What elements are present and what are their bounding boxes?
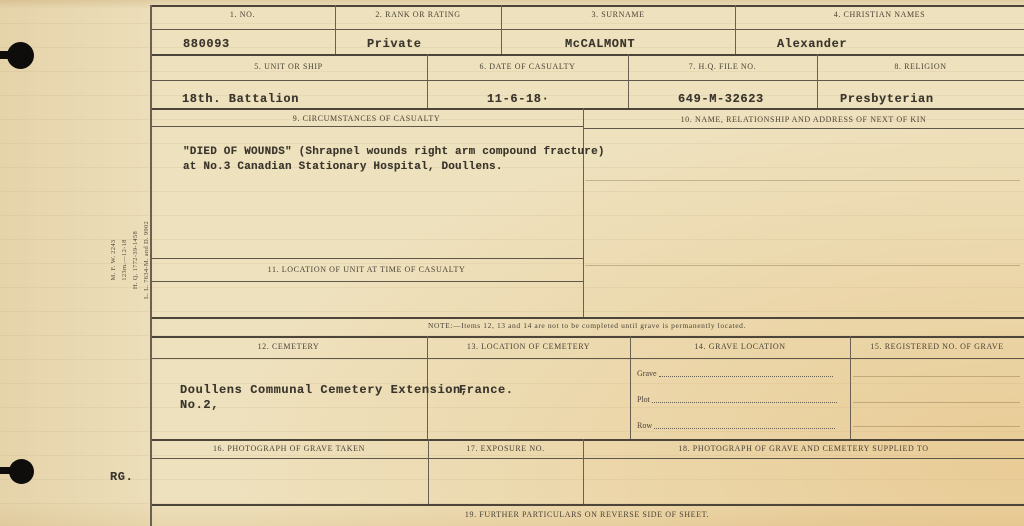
field-surname-label: 3. SURNAME bbox=[501, 10, 735, 19]
ledger-line bbox=[585, 265, 1020, 266]
field-date-of-casualty-value: 11-6-18· bbox=[487, 92, 549, 106]
field-date-of-casualty-label: 6. DATE OF CASUALTY bbox=[427, 62, 628, 71]
grave-location-row-row: Row bbox=[637, 421, 835, 430]
grid-line bbox=[150, 336, 1024, 338]
grid-line bbox=[150, 317, 1024, 319]
field-cemetery-location-value: France. bbox=[459, 383, 514, 397]
grid-line bbox=[150, 5, 1024, 7]
field-christian-names-value: Alexander bbox=[777, 37, 847, 51]
hole-punch-top bbox=[7, 42, 34, 69]
field-no-label: 1. NO. bbox=[150, 10, 335, 19]
field-unit-location-label: 11. LOCATION OF UNIT AT TIME OF CASUALTY bbox=[150, 265, 583, 274]
stamp-line: M. F. W. 2243 bbox=[108, 221, 119, 299]
grave-location-grave-row: Grave bbox=[637, 369, 833, 378]
field-photo-taken-label: 16. PHOTOGRAPH OF GRAVE TAKEN bbox=[150, 444, 428, 453]
field-circumstances-value-line2: at No.3 Canadian Stationary Hospital, Do… bbox=[183, 161, 503, 173]
grid-line bbox=[150, 29, 1024, 30]
grid-line bbox=[150, 504, 1024, 506]
hole-punch-bottom bbox=[9, 459, 34, 484]
dotted-leader bbox=[659, 375, 833, 377]
field-registered-no-label: 15. REGISTERED NO. OF GRAVE bbox=[850, 342, 1024, 351]
grid-line bbox=[583, 108, 584, 317]
plot-label: Plot bbox=[637, 395, 650, 404]
ledger-line bbox=[853, 426, 1020, 427]
field-circumstances-value-line1: "DIED OF WOUNDS" (Shrapnel wounds right … bbox=[183, 146, 605, 158]
grid-line bbox=[150, 258, 583, 259]
grid-line bbox=[150, 281, 583, 282]
field-next-of-kin-label: 10. NAME, RELATIONSHIP AND ADDRESS OF NE… bbox=[583, 115, 1024, 124]
field-further-particulars-label: 19. FURTHER PARTICULARS ON REVERSE SIDE … bbox=[150, 510, 1024, 519]
stamp-line: 123m.—12-18 bbox=[119, 221, 130, 299]
field-surname-value: McCALMONT bbox=[565, 37, 635, 51]
field-hq-file-no-value: 649-M-32623 bbox=[678, 92, 764, 106]
field-no-value: 880093 bbox=[183, 37, 230, 51]
field-cemetery-value-line2: No.2, bbox=[180, 398, 219, 412]
grid-line bbox=[630, 336, 631, 439]
grid-line bbox=[150, 108, 1024, 110]
ledger-line bbox=[853, 402, 1020, 403]
field-cemetery-label: 12. CEMETERY bbox=[150, 342, 427, 351]
field-religion-label: 8. RELIGION bbox=[817, 62, 1024, 71]
ledger-line bbox=[585, 180, 1020, 181]
grid-line bbox=[150, 358, 1024, 359]
grid-line bbox=[150, 439, 1024, 441]
rg-annotation: RG. bbox=[110, 470, 133, 484]
field-photo-supplied-label: 18. PHOTOGRAPH OF GRAVE AND CEMETERY SUP… bbox=[583, 444, 1024, 453]
field-rank-value: Private bbox=[367, 37, 422, 51]
ledger-line bbox=[853, 376, 1020, 377]
field-cemetery-location-label: 13. LOCATION OF CEMETERY bbox=[427, 342, 630, 351]
dotted-leader bbox=[652, 401, 837, 403]
grave-location-plot-row: Plot bbox=[637, 395, 837, 404]
grid-line bbox=[150, 458, 1024, 459]
grid-line bbox=[150, 126, 583, 127]
field-unit-value: 18th. Battalion bbox=[182, 92, 299, 106]
field-religion-value: Presbyterian bbox=[840, 92, 934, 106]
grid-line bbox=[150, 54, 1024, 56]
field-hq-file-no-label: 7. H.Q. FILE NO. bbox=[628, 62, 817, 71]
dotted-leader bbox=[654, 427, 835, 429]
field-circumstances-label: 9. CIRCUMSTANCES OF CASUALTY bbox=[150, 114, 583, 123]
grid-line bbox=[150, 80, 1024, 81]
field-cemetery-value-line1: Doullens Communal Cemetery Extension, bbox=[180, 383, 469, 397]
note-text: NOTE:—Items 12, 13 and 14 are not to be … bbox=[150, 321, 1024, 330]
printer-stamp: M. F. W. 2243 123m.—12-18 H. Q. 1772-39-… bbox=[80, 210, 180, 310]
field-christian-names-label: 4. CHRISTIAN NAMES bbox=[735, 10, 1024, 19]
grid-line bbox=[850, 336, 851, 439]
field-exposure-no-label: 17. EXPOSURE NO. bbox=[428, 444, 583, 453]
field-grave-location-label: 14. GRAVE LOCATION bbox=[630, 342, 850, 351]
grave-label: Grave bbox=[637, 369, 657, 378]
stamp-line: H. Q. 1772-39-1458 bbox=[130, 221, 141, 299]
row-label: Row bbox=[637, 421, 652, 430]
field-rank-label: 2. RANK OR RATING bbox=[335, 10, 501, 19]
casualty-record-card: M. F. W. 2243 123m.—12-18 H. Q. 1772-39-… bbox=[0, 0, 1024, 526]
grid-line bbox=[583, 128, 1024, 129]
field-unit-label: 5. UNIT OR SHIP bbox=[150, 62, 427, 71]
